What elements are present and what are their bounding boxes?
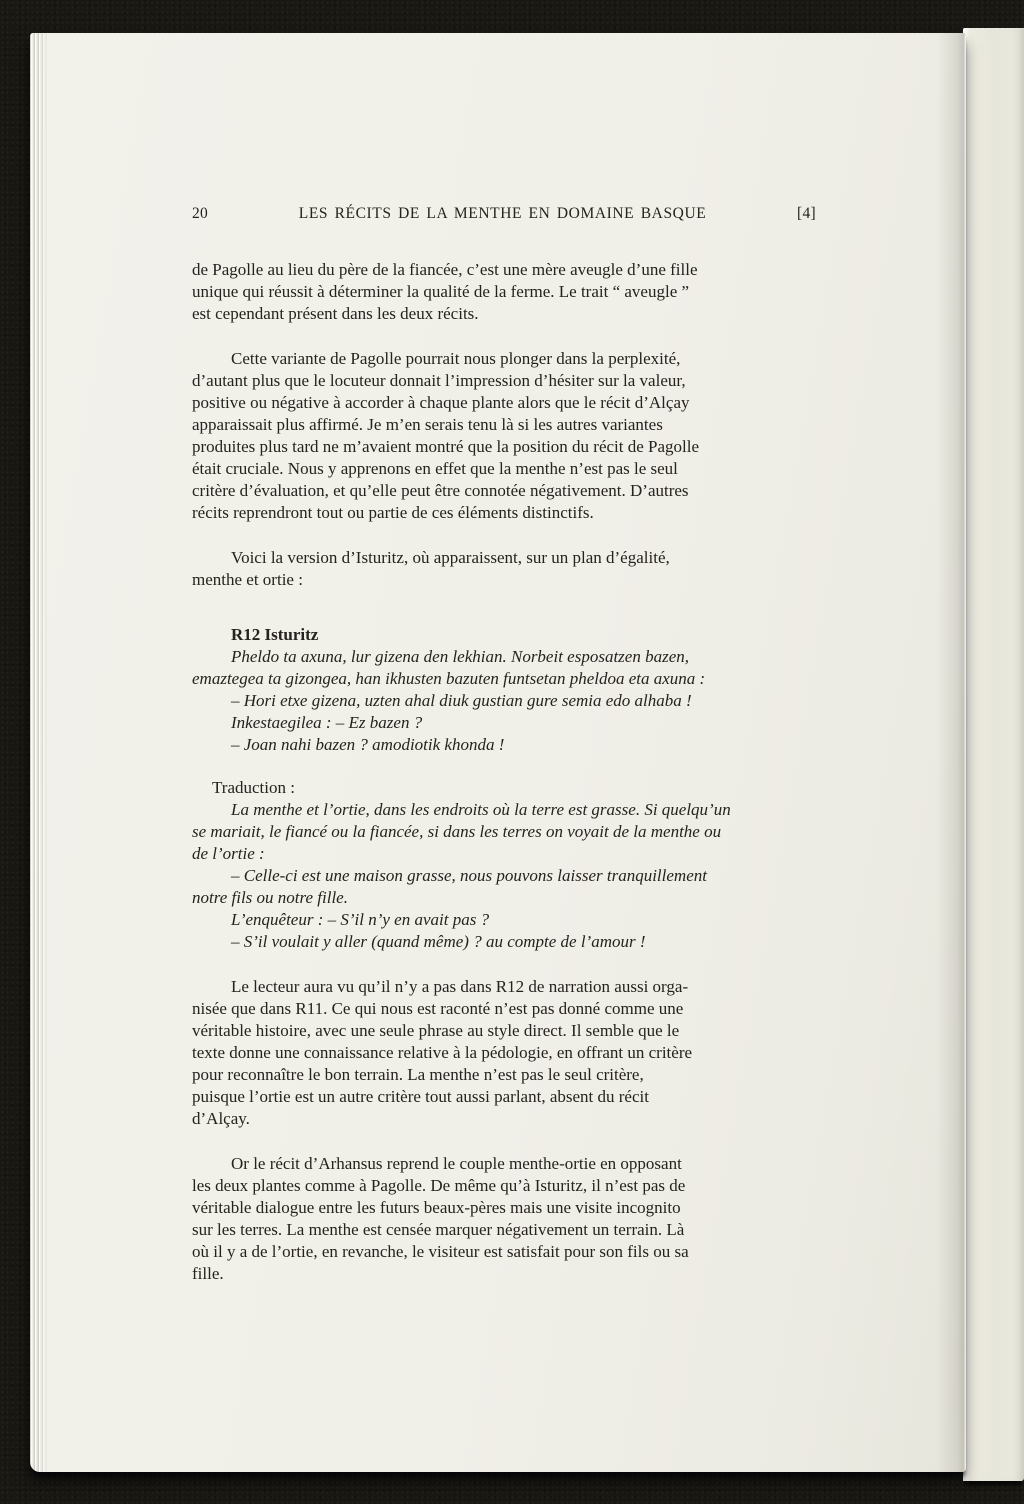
text-line: unique qui réussit à déterminer la quali…	[192, 281, 832, 303]
block-paragraph: de Pagolle au lieu du père de la fiancée…	[192, 259, 832, 325]
text-line: critère d’évaluation, et qu’elle peut êt…	[192, 480, 832, 502]
block-quote: La menthe et l’ortie, dans les endroits …	[192, 799, 832, 953]
text-line: de l’ortie :	[192, 843, 832, 865]
text-line: Le lecteur aura vu qu’il n’y a pas dans …	[192, 976, 832, 998]
text-line: véritable histoire, avec une seule phras…	[192, 1020, 832, 1042]
text-line: La menthe et l’ortie, dans les endroits …	[192, 799, 832, 821]
text-line: positive ou négative à accorder à chaque…	[192, 392, 832, 414]
text-line: les deux plantes comme à Pagolle. De mêm…	[192, 1175, 832, 1197]
page-stack-fore-edge	[30, 33, 50, 1472]
book-page: 20 LES RÉCITS DE LA MENTHE EN DOMAINE BA…	[30, 33, 966, 1472]
text-line: de Pagolle au lieu du père de la fiancée…	[192, 259, 832, 281]
text-line: notre fils ou notre fille.	[192, 887, 832, 909]
text-blocks: de Pagolle au lieu du père de la fiancée…	[192, 259, 832, 1285]
block-paragraph: Or le récit d’Arhansus reprend le couple…	[192, 1153, 832, 1285]
running-header: 20 LES RÉCITS DE LA MENTHE EN DOMAINE BA…	[192, 203, 816, 225]
text-line: puisque l’ortie est un autre critère tou…	[192, 1086, 832, 1108]
block-paragraph: Cette variante de Pagolle pourrait nous …	[192, 348, 832, 524]
text-line: nisée que dans R11. Ce qui nous est raco…	[192, 998, 832, 1020]
bracket-folio: [4]	[797, 203, 816, 225]
facing-page-edge	[963, 28, 1024, 1481]
text-line: – Joan nahi bazen ? amodiotik khonda !	[192, 734, 832, 756]
text-line: Voici la version d’Isturitz, où apparais…	[192, 547, 832, 569]
text-line: produites plus tard ne m’avaient montré …	[192, 436, 832, 458]
text-line: d’autant plus que le locuteur donnait l’…	[192, 370, 832, 392]
text-line: fille.	[192, 1263, 832, 1285]
text-line: emaztegea ta gizongea, han ikhusten bazu…	[192, 668, 832, 690]
text-line: – Hori etxe gizena, uzten ahal diuk gust…	[192, 690, 832, 712]
text-line: véritable dialogue entre les futurs beau…	[192, 1197, 832, 1219]
text-line: est cependant présent dans les deux réci…	[192, 303, 832, 325]
text-line: Pheldo ta axuna, lur gizena den lekhian.…	[192, 646, 832, 668]
block-paragraph: Voici la version d’Isturitz, où apparais…	[192, 547, 832, 591]
block-paragraph: Le lecteur aura vu qu’il n’y a pas dans …	[192, 976, 832, 1130]
page-number: 20	[192, 203, 208, 225]
text-line: – Celle-ci est une maison grasse, nous p…	[192, 865, 832, 887]
block-quote: Pheldo ta axuna, lur gizena den lekhian.…	[192, 646, 832, 756]
text-line: R12 Isturitz	[192, 624, 832, 646]
text-line: Traduction :	[192, 777, 832, 799]
text-line: était cruciale. Nous y apprenons en effe…	[192, 458, 832, 480]
text-line: Or le récit d’Arhansus reprend le couple…	[192, 1153, 832, 1175]
text-line: texte donne une connaissance relative à …	[192, 1042, 832, 1064]
text-line: récits reprendront tout ou partie de ces…	[192, 502, 832, 524]
text-line: d’Alçay.	[192, 1108, 832, 1130]
text-line: pour reconnaître le bon terrain. La ment…	[192, 1064, 832, 1086]
text-line: – S’il voulait y aller (quand même) ? au…	[192, 931, 832, 953]
page-text-column: 20 LES RÉCITS DE LA MENTHE EN DOMAINE BA…	[192, 33, 832, 1285]
text-line: où il y a de l’ortie, en revanche, le vi…	[192, 1241, 832, 1263]
text-line: apparaissait plus affirmé. Je m’en serai…	[192, 414, 832, 436]
running-title: LES RÉCITS DE LA MENTHE EN DOMAINE BASQU…	[208, 203, 797, 225]
text-line: sur les terres. La menthe est censée mar…	[192, 1219, 832, 1241]
text-line: Inkestaegilea : – Ez bazen ?	[192, 712, 832, 734]
block-label: Traduction :	[192, 777, 832, 799]
text-line: menthe et ortie :	[192, 569, 832, 591]
block-heading: R12 Isturitz	[192, 624, 832, 646]
text-line: se mariait, le fiancé ou la fiancée, si …	[192, 821, 832, 843]
text-line: Cette variante de Pagolle pourrait nous …	[192, 348, 832, 370]
page-gutter-shade	[936, 33, 966, 1472]
text-line: L’enquêteur : – S’il n’y en avait pas ?	[192, 909, 832, 931]
